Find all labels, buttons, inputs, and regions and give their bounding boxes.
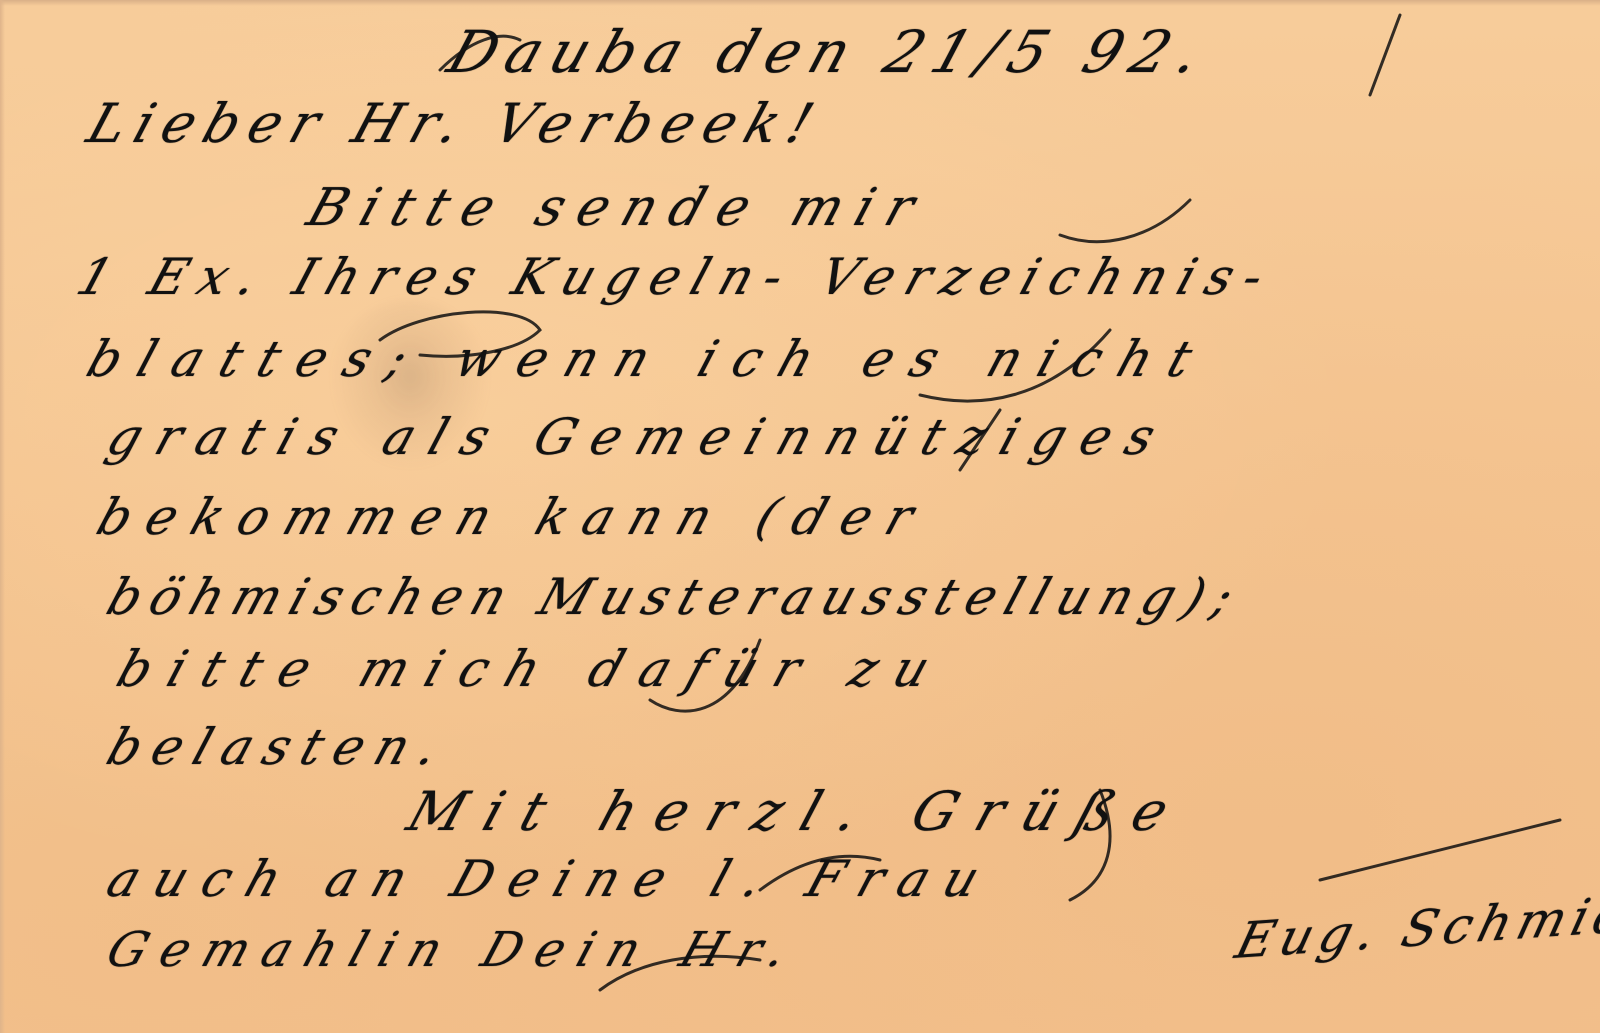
paper-left-edge — [0, 0, 5, 1033]
body-line-5: bekommen kann (der — [90, 488, 937, 546]
closing-line-2: auch an Deine l. Frau — [100, 850, 1003, 908]
closing-line-1: Mit herzl. Grüße — [400, 780, 1196, 843]
salutation-line: Lieber Hr. Verbeek! — [80, 92, 831, 155]
body-line-7: bitte mich dafür zu — [110, 640, 955, 698]
body-line-2: 1 Ex. Ihres Kugeln- Verzeichnis- — [70, 248, 1283, 306]
body-line-8: belasten. — [100, 718, 458, 776]
body-line-4: gratis als Gemeinnütziges — [100, 408, 1178, 466]
closing-line-3: Gemahlin Dein Hr. — [100, 922, 808, 978]
body-line-1: Bitte sende mir — [300, 178, 936, 238]
paper-top-edge — [0, 0, 1600, 6]
body-line-6: böhmischen Musterausstellung); — [100, 568, 1251, 626]
signature: Eug. Schmidt — [1230, 883, 1600, 970]
postcard: Dauba den 21/5 92. Lieber Hr. Verbeek! B… — [0, 0, 1600, 1033]
body-line-3: blattes; wenn ich es nicht — [80, 330, 1217, 388]
place-date-line: Dauba den 21/5 92. — [440, 18, 1219, 86]
